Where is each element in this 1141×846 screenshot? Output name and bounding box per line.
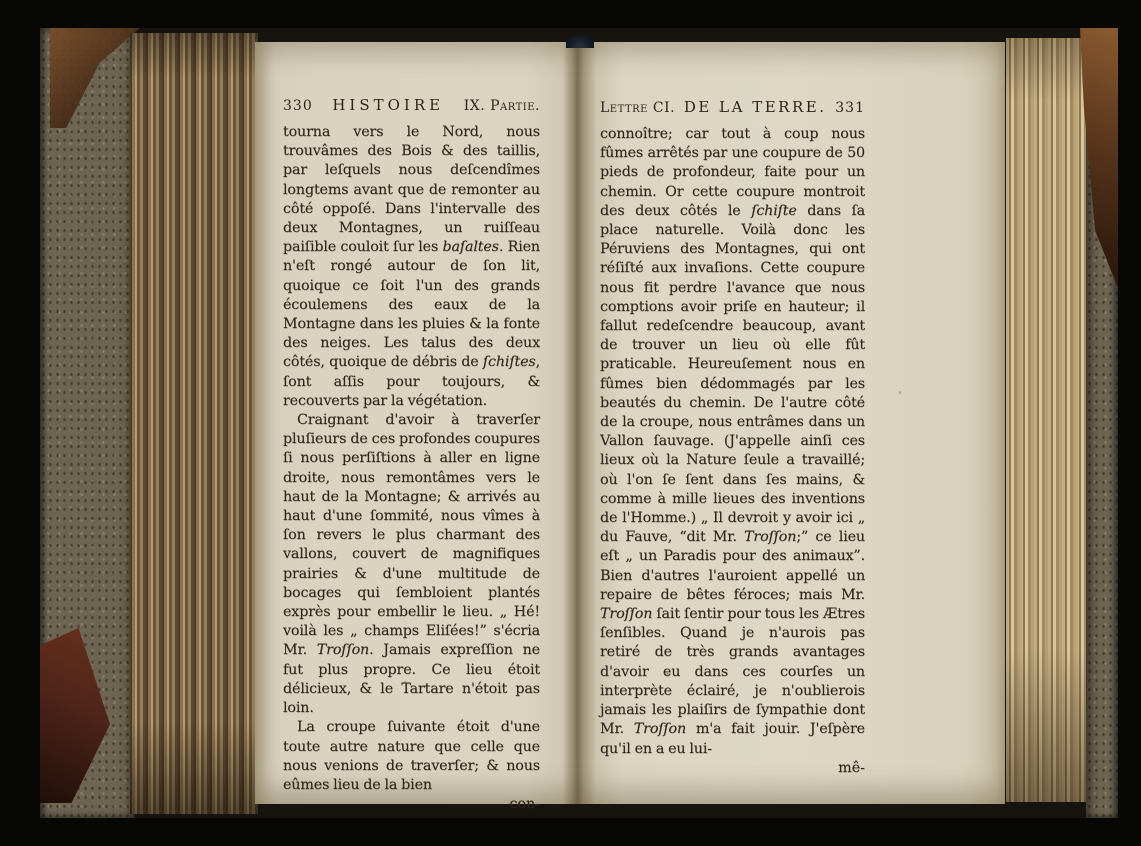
text-run: tourna vers le Nord, nous trouvâmes des … (283, 124, 540, 255)
right-catchword: mê- (600, 759, 865, 778)
paragraph: tourna vers le Nord, nous trouvâmes des … (283, 123, 540, 411)
text-run: La croupe ſuivante étoit d'une toute aut… (283, 719, 540, 793)
italic-text-run: Troſſon (600, 606, 652, 622)
left-catchword: con- (283, 795, 540, 814)
right-page: Lettre CI. DE LA TERRE. 331 connoître; c… (595, 42, 1005, 804)
headband (566, 35, 594, 48)
right-header-chapter: Lettre CI. (600, 100, 675, 116)
italic-text-run: Troſſon (744, 529, 796, 545)
paragraph: La croupe ſuivante étoit d'une toute aut… (283, 718, 540, 795)
right-page-number: 331 (835, 100, 865, 116)
left-running-title: HISTOIRE (332, 96, 444, 114)
left-page-header: 330 HISTOIRE IX. Partie. (283, 96, 540, 114)
italic-text-run: ſchiſtes (483, 354, 536, 370)
right-page-body: connoître; car tout à coup nous fûmes ar… (600, 125, 865, 759)
left-page-text-block: 330 HISTOIRE IX. Partie. tourna vers le … (283, 96, 540, 814)
italic-text-run: ſchiſte (751, 203, 797, 219)
left-page-number: 330 (283, 98, 313, 114)
photo-background: 330 HISTOIRE IX. Partie. tourna vers le … (0, 0, 1141, 846)
paragraph: Craignant d'avoir à traverſer pluſieurs … (283, 411, 540, 718)
italic-text-run: baſaltes (442, 239, 498, 255)
book: 330 HISTOIRE IX. Partie. tourna vers le … (40, 28, 1118, 818)
left-page: 330 HISTOIRE IX. Partie. tourna vers le … (255, 42, 565, 804)
right-page-header: Lettre CI. DE LA TERRE. 331 (600, 98, 865, 116)
right-page-edges (1006, 38, 1088, 802)
text-run: . Rien n'eſt rongé autour de ſon lit, qu… (283, 239, 540, 370)
text-run: dans ſa place naturelle. Voilà donc les … (600, 203, 865, 545)
left-page-edges (130, 33, 258, 814)
text-run: Craignant d'avoir à traverſer pluſieurs … (283, 412, 540, 658)
text-run: ſait ſentir pour tous les Ætres ſenſible… (600, 606, 865, 737)
left-page-body: tourna vers le Nord, nous trouvâmes des … (283, 123, 540, 795)
paragraph: connoître; car tout à coup nous fûmes ar… (600, 125, 865, 759)
right-page-text-block: Lettre CI. DE LA TERRE. 331 connoître; c… (600, 98, 865, 778)
right-running-title: DE LA TERRE. (684, 98, 827, 116)
left-header-section: IX. Partie. (464, 98, 540, 114)
italic-text-run: Troſſon (317, 642, 369, 658)
open-pages: 330 HISTOIRE IX. Partie. tourna vers le … (255, 42, 1005, 804)
italic-text-run: Troſſon (634, 721, 686, 737)
